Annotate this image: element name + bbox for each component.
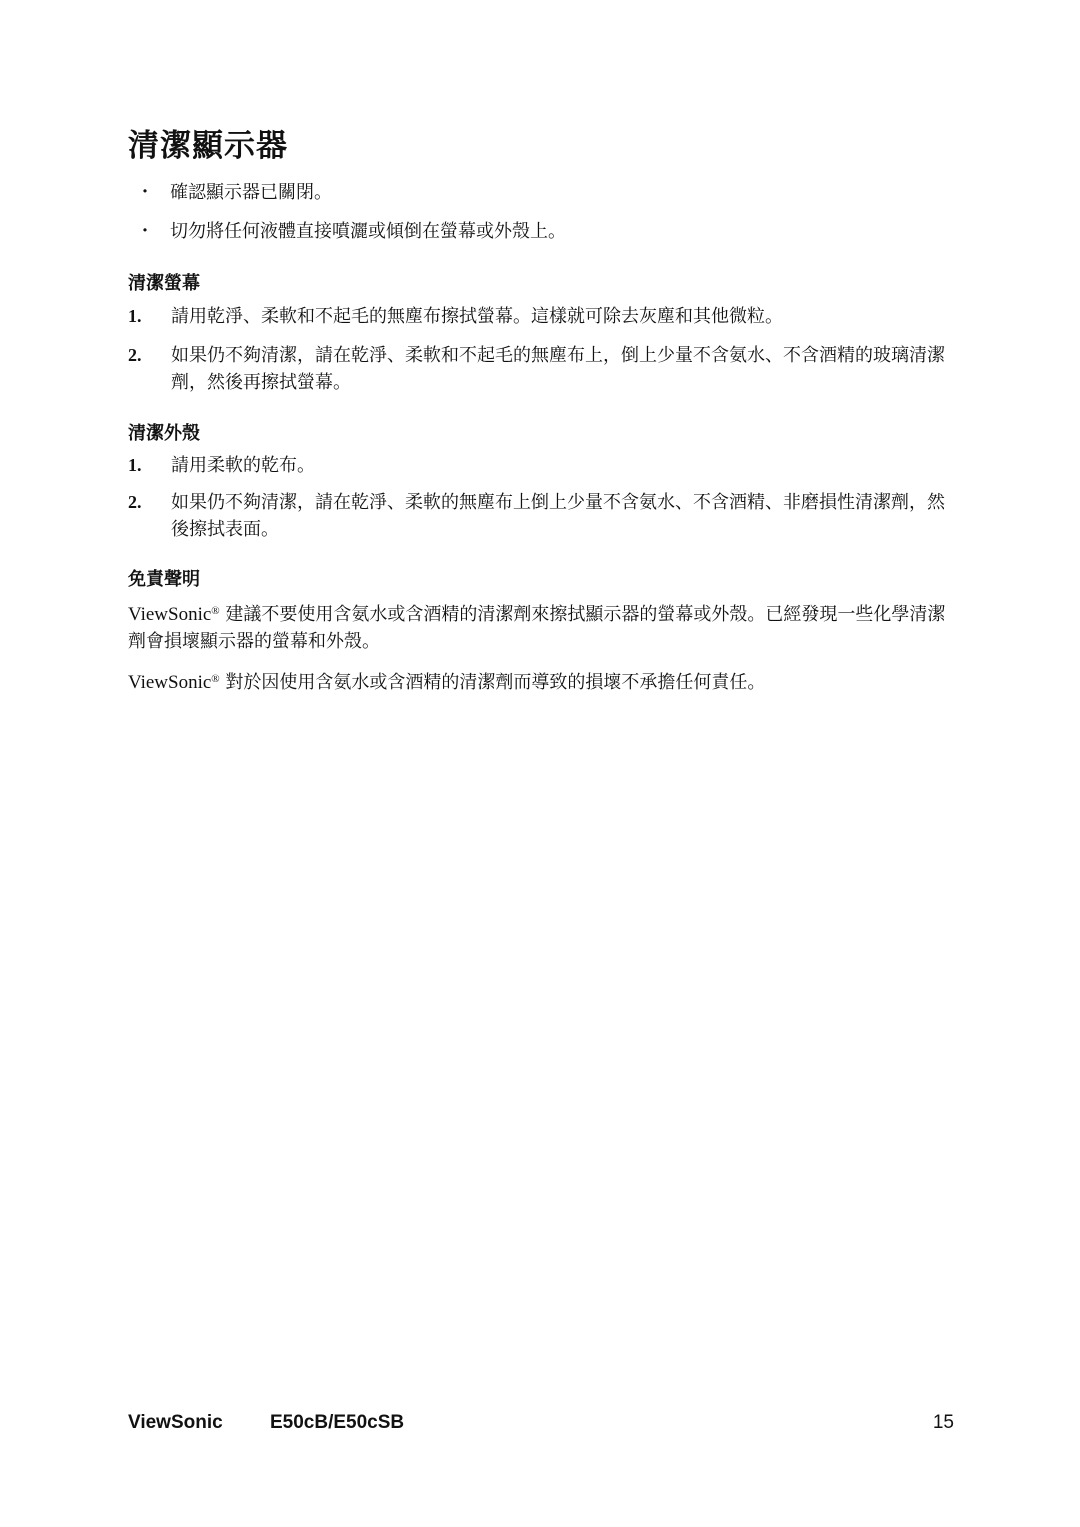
page-number: 15 [933, 1412, 954, 1434]
section-heading-clean-case: 清潔外殼 [128, 422, 200, 446]
registered-mark: ® [211, 673, 219, 685]
section-heading-disclaimer: 免責聲明 [128, 568, 200, 592]
brand-name: ViewSonic [128, 604, 211, 625]
item-number: 2. [128, 342, 142, 369]
disclaimer-paragraph: ViewSonic® 建議不要使用含氨水或含酒精的清潔劑來擦拭顯示器的螢幕或外殼… [128, 598, 958, 655]
page-title: 清潔顯示器 [128, 126, 288, 166]
item-text: 如果仍不夠清潔，請在乾淨、柔軟的無塵布上倒上少量不含氨水、不含酒精、非磨損性清潔… [171, 489, 961, 543]
item-number: 1. [128, 452, 142, 479]
page-footer: ViewSonic E50cB/E50cSB 15 [128, 1412, 954, 1438]
item-number: 1. [128, 303, 142, 330]
paragraph-text: 對於因使用含氨水或含酒精的清潔劑而導致的損壞不承擔任何責任。 [220, 672, 766, 693]
disclaimer-paragraph: ViewSonic® 對於因使用含氨水或含酒精的清潔劑而導致的損壞不承擔任何責任… [128, 666, 958, 696]
item-text: 請用柔軟的乾布。 [171, 452, 961, 479]
footer-model: E50cB/E50cSB [270, 1412, 404, 1434]
section-heading-clean-screen: 清潔螢幕 [128, 272, 200, 296]
paragraph-text: 建議不要使用含氨水或含酒精的清潔劑來擦拭顯示器的螢幕或外殼。已經發現一些化學清潔… [128, 604, 945, 652]
manual-page: 清潔顯示器 ・ 確認顯示器已關閉。 ・ 切勿將任何液體直接噴灑或傾倒在螢幕或外殼… [0, 0, 1080, 1527]
bullet-marker: ・ [136, 181, 166, 205]
item-text: 請用乾淨、柔軟和不起毛的無塵布擦拭螢幕。這樣就可除去灰塵和其他微粒。 [171, 303, 961, 330]
bullet-marker: ・ [136, 220, 166, 244]
brand-name: ViewSonic [128, 672, 211, 693]
registered-mark: ® [211, 605, 219, 617]
footer-brand: ViewSonic [128, 1412, 223, 1434]
bullet-text: 確認顯示器已關閉。 [170, 181, 332, 205]
bullet-text: 切勿將任何液體直接噴灑或傾倒在螢幕或外殼上。 [170, 220, 566, 244]
item-text: 如果仍不夠清潔，請在乾淨、柔軟和不起毛的無塵布上，倒上少量不含氨水、不含酒精的玻… [171, 342, 961, 396]
item-number: 2. [128, 489, 142, 516]
